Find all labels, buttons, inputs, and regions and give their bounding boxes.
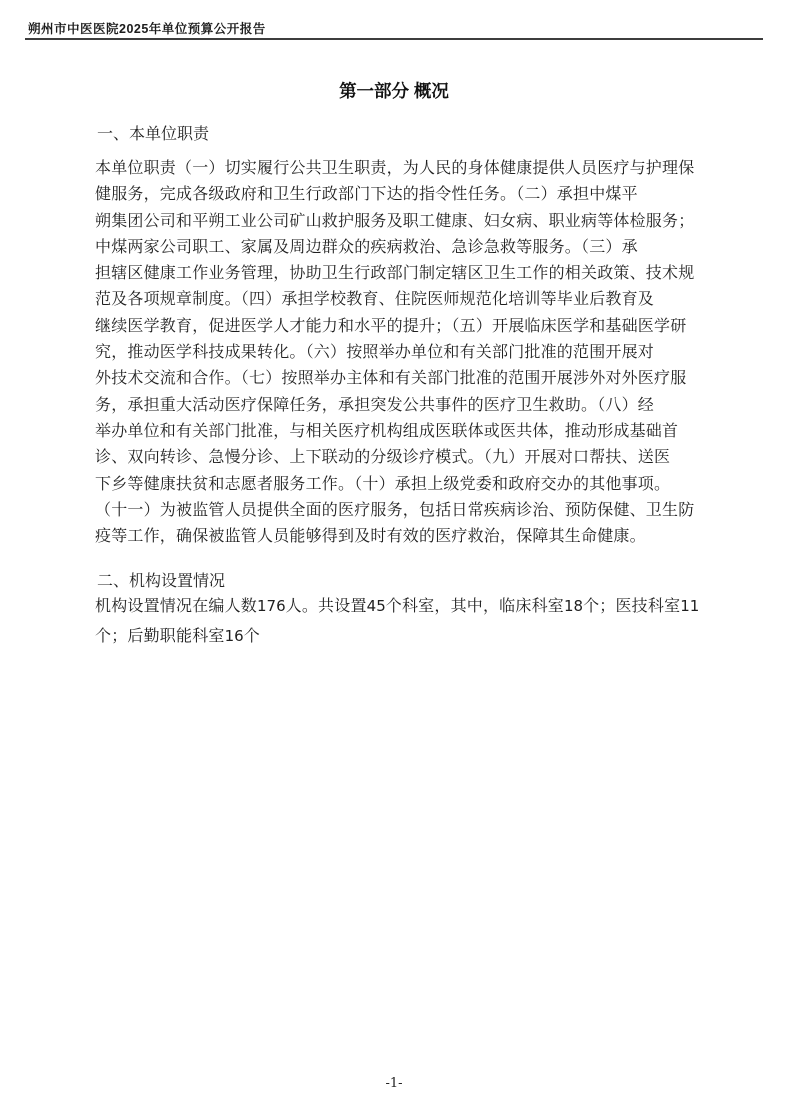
paragraph-line: 个；后勤职能科室16个 xyxy=(95,622,699,652)
section2-paragraph: 机构设置情况在编人数176人。共设置45个科室，其中，临床科室18个；医技科室1… xyxy=(95,592,699,651)
header-rule xyxy=(25,38,763,40)
page-header-title: 朔州市中医医院2025年单位预算公开报告 xyxy=(28,19,266,37)
section1-heading: 一、本单位职责 xyxy=(97,121,209,144)
document-title: 第一部分 概况 xyxy=(0,78,788,103)
paragraph-line: 机构设置情况在编人数176人。共设置45个科室，其中，临床科室18个；医技科室1… xyxy=(95,592,699,622)
page-number: -1- xyxy=(0,1076,788,1091)
section1-paragraph: 本单位职责（一）切实履行公共卫生职责，为人民的身体健康提供人员医疗与护理保 健服… xyxy=(95,156,694,550)
document-page: 朔州市中医医院2025年单位预算公开报告 第一部分 概况 一、本单位职责 本单位… xyxy=(0,0,788,1116)
section2-heading: 二、机构设置情况 xyxy=(97,568,225,591)
